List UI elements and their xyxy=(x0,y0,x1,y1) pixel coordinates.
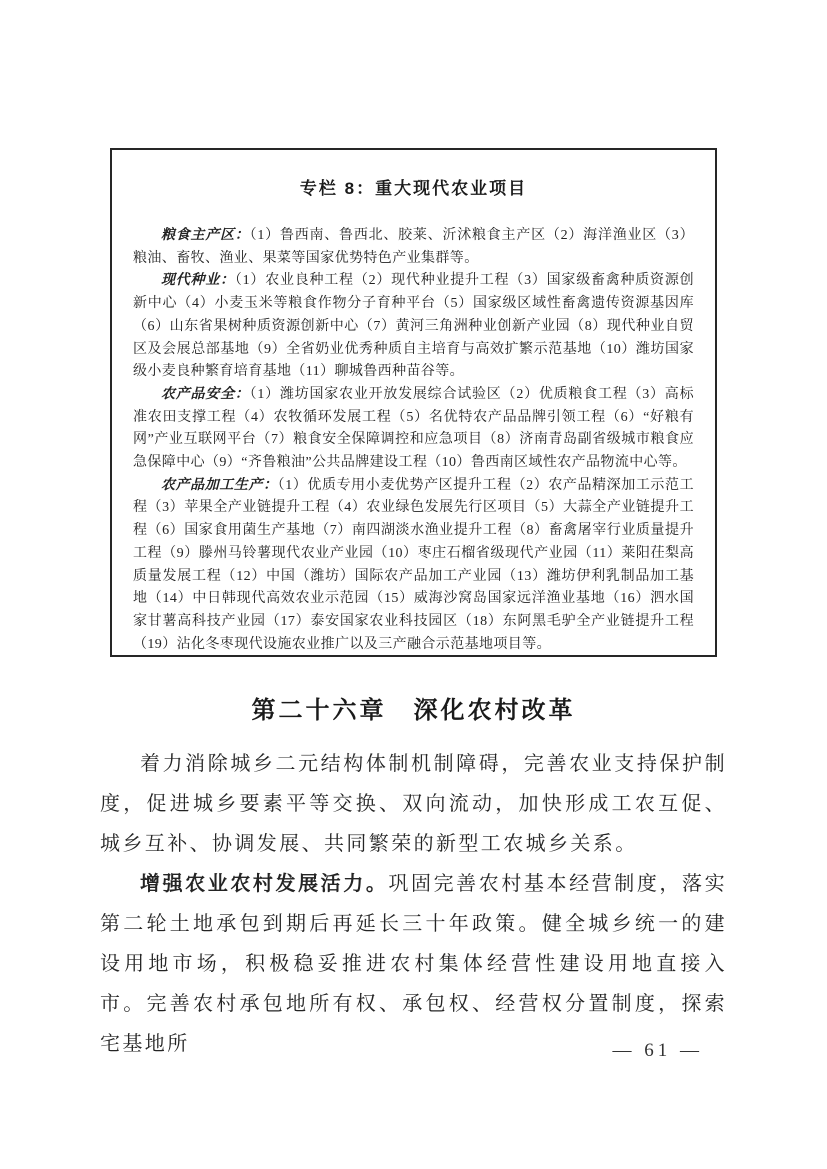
box-paragraph-processing: 农产品加工生产：（1）优质专用小麦优势产区提升工程（2）农产品精深加工示范工程（… xyxy=(133,475,694,657)
body-text-block: 着力消除城乡二元结构体制机制障碍，完善农业支持保护制度，促进城乡要素平等交换、双… xyxy=(100,744,727,1064)
box-paragraph-label: 现代种业： xyxy=(161,273,235,288)
document-page: 专栏 8：重大现代农业项目 粮食主产区：（1）鲁西南、鲁西北、胶莱、沂沭粮食主产… xyxy=(0,0,827,1169)
box-paragraph-label: 农产品加工生产： xyxy=(161,478,278,493)
body-paragraph-1: 着力消除城乡二元结构体制机制障碍，完善农业支持保护制度，促进城乡要素平等交换、双… xyxy=(100,744,727,864)
box-paragraph-text: （1）农业良种工程（2）现代种业提升工程（3）国家级畜禽种质资源创新中心（4）小… xyxy=(133,273,694,379)
body-paragraph-2-text: 巩固完善农村基本经营制度，落实第二轮土地承包到期后再延长三十年政策。健全城乡统一… xyxy=(100,873,727,1055)
box-paragraph-text: （1）优质专用小麦优势产区提升工程（2）农产品精深加工示范工程（3）苹果全产业链… xyxy=(133,478,694,652)
body-paragraph-2: 增强农业农村发展活力。巩固完善农村基本经营制度，落实第二轮土地承包到期后再延长三… xyxy=(100,864,727,1064)
box-title: 专栏 8：重大现代农业项目 xyxy=(133,174,694,199)
page-number: — 61 — xyxy=(613,1040,704,1062)
box-paragraph-modern-seed: 现代种业：（1）农业良种工程（2）现代种业提升工程（3）国家级畜禽种质资源创新中… xyxy=(133,270,694,384)
box-paragraph-grain-areas: 粮食主产区：（1）鲁西南、鲁西北、胶莱、沂沭粮食主产区（2）海洋渔业区（3）粮油… xyxy=(133,225,694,270)
feature-box: 专栏 8：重大现代农业项目 粮食主产区：（1）鲁西南、鲁西北、胶莱、沂沭粮食主产… xyxy=(110,148,717,657)
box-paragraph-label: 农产品安全： xyxy=(161,387,250,402)
chapter-title: 第二十六章 深化农村改革 xyxy=(0,690,827,725)
box-paragraph-label: 粮食主产区： xyxy=(161,228,250,243)
box-paragraph-product-safety: 农产品安全：（1）潍坊国家农业开放发展综合试验区（2）优质粮食工程（3）高标准农… xyxy=(133,384,694,475)
body-paragraph-2-lead: 增强农业农村发展活力。 xyxy=(140,873,388,895)
